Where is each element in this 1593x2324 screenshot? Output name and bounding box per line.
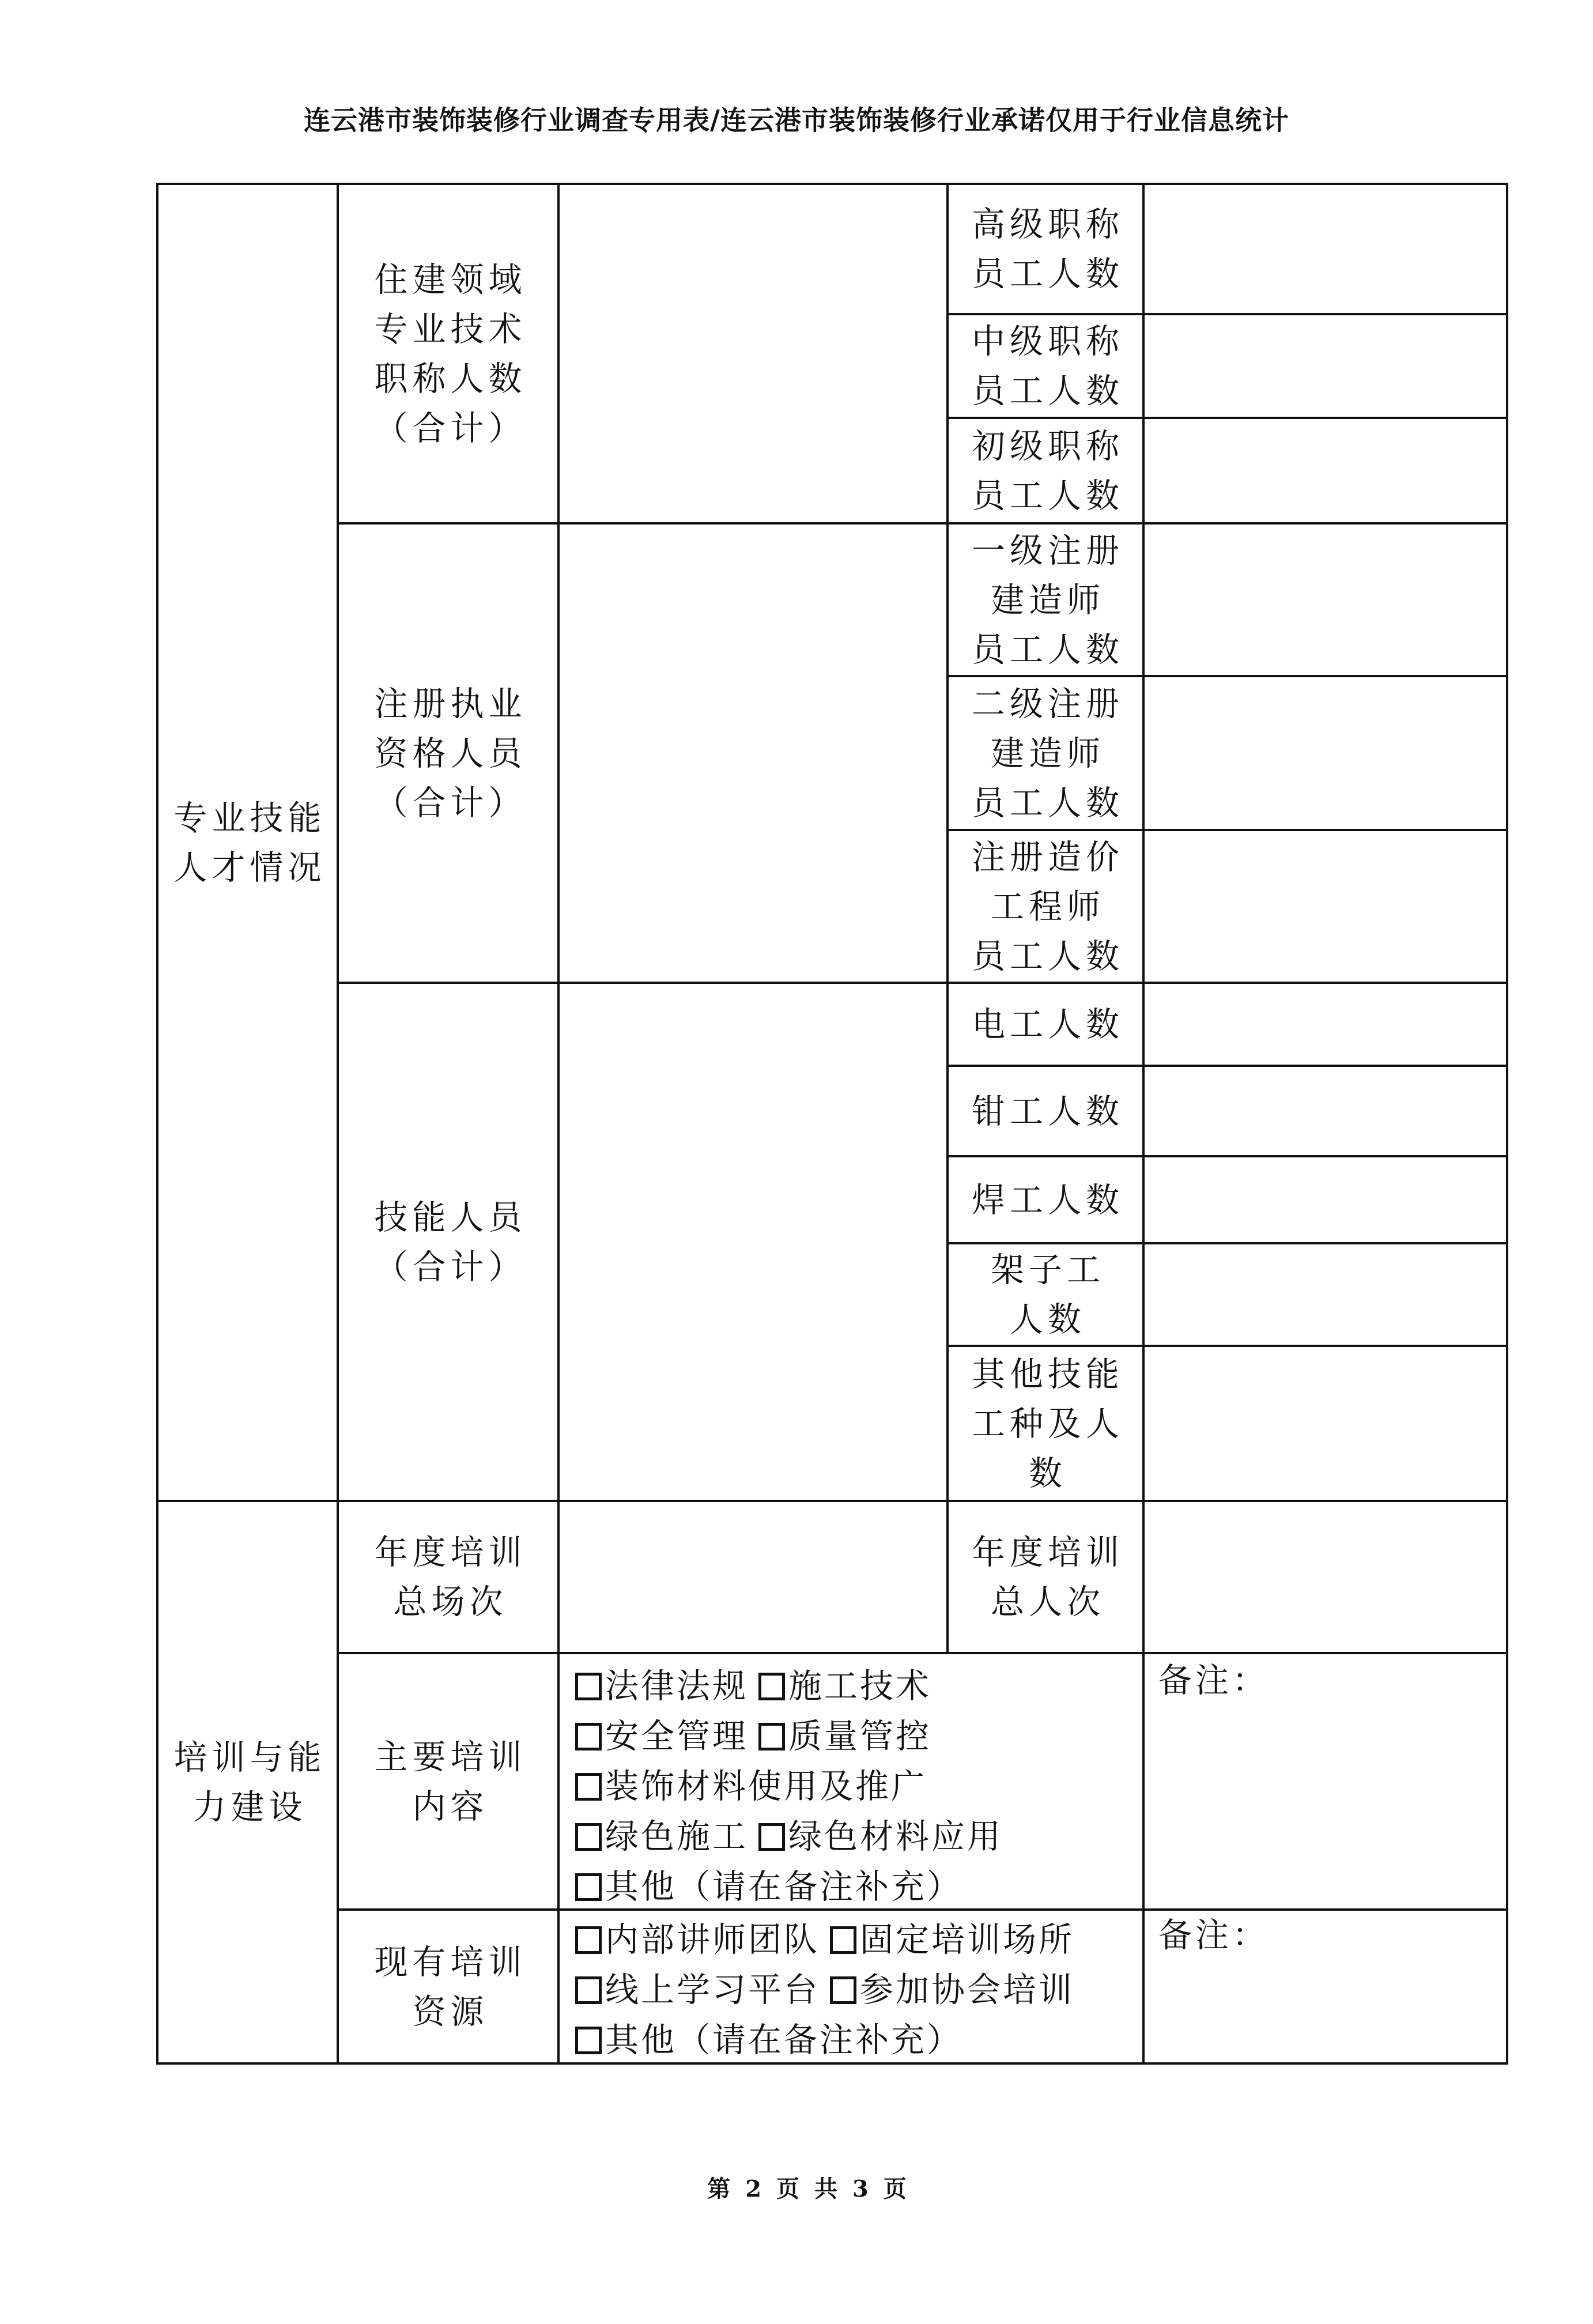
checkbox-materials[interactable]: 装饰材料使用及推广 [575,1761,927,1812]
checkbox-safety[interactable]: 安全管理 [575,1711,748,1761]
item-value-senior-title[interactable] [1142,183,1508,315]
item-value-class2-constructor[interactable] [1142,675,1508,831]
checkbox-icon[interactable] [758,1823,785,1851]
checkbox-icon[interactable] [575,2027,602,2054]
checkbox-icon[interactable] [575,1976,602,2004]
checkbox-icon[interactable] [575,1723,602,1750]
checkbox-resources-other[interactable]: 其他（请在备注补充） [575,2015,962,2065]
item-value-scaffolder[interactable] [1142,1242,1508,1347]
item-value-cost-engineer[interactable] [1142,829,1508,984]
checkbox-construction-tech[interactable]: 施工技术 [758,1661,931,1711]
checkbox-icon[interactable] [575,1823,602,1851]
checkbox-icon[interactable] [758,1673,785,1700]
group-value-skilled-total[interactable] [557,982,949,1502]
checkbox-icon[interactable] [830,1926,856,1954]
checkbox-icon[interactable] [830,1976,856,2004]
item-value-welder[interactable] [1142,1155,1508,1244]
group-label-skilled: 技能人员 （合计） [337,982,560,1502]
item-value-junior-title[interactable] [1142,417,1508,525]
item-label-class1-constructor: 一级注册 建造师 员工人数 [946,522,1145,677]
label-annual-attendees: 年度培训 总人次 [946,1500,1145,1654]
checkbox-icon[interactable] [575,1673,602,1700]
value-annual-attendees[interactable] [1142,1500,1508,1654]
item-label-welder: 焊工人数 [946,1155,1145,1244]
resources-note-label: 备注： [1158,1915,1269,1955]
item-value-electrician[interactable] [1142,982,1508,1067]
item-value-other-trades[interactable] [1142,1345,1508,1502]
checkbox-icon[interactable] [758,1723,785,1750]
item-value-intermediate-title[interactable] [1142,313,1508,419]
label-annual-sessions: 年度培训 总场次 [337,1500,560,1654]
checkbox-green-materials[interactable]: 绿色材料应用 [758,1812,1003,1862]
section-label-training: 培训与能 力建设 [156,1500,339,2065]
item-label-cost-engineer: 注册造价 工程师 员工人数 [946,829,1145,984]
item-value-class1-constructor[interactable] [1142,522,1508,677]
checkbox-icon[interactable] [575,1873,602,1901]
page-title: 连云港市装饰装修行业调查专用表/连云港市装饰装修行业承诺仅用于行业信息统计 [0,103,1593,137]
label-main-content: 主要培训 内容 [337,1652,560,1911]
group-value-titles-total[interactable] [557,183,949,525]
item-label-senior-title: 高级职称 员工人数 [946,183,1145,315]
checkbox-law[interactable]: 法律法规 [575,1661,748,1711]
group-label-titles: 住建领域 专业技术 职称人数 （合计） [337,183,560,525]
label-resources: 现有培训 资源 [337,1908,560,2065]
section-label-talent: 专业技能 人才情况 [156,183,339,1502]
checkbox-green-construction[interactable]: 绿色施工 [575,1812,748,1862]
resources-options: 内部讲师团队固定培训场所 线上学习平台参加协会培训 其他（请在备注补充） [575,1915,1085,2065]
checkbox-online-platform[interactable]: 线上学习平台 [575,1965,820,2015]
group-value-registered-total[interactable] [557,522,949,984]
checkbox-other[interactable]: 其他（请在备注补充） [575,1862,962,1912]
item-label-intermediate-title: 中级职称 员工人数 [946,313,1145,419]
item-label-class2-constructor: 二级注册 建造师 员工人数 [946,675,1145,831]
checkbox-association-training[interactable]: 参加协会培训 [830,1965,1074,2015]
checkbox-icon[interactable] [575,1926,602,1954]
main-content-options: 法律法规施工技术 安全管理质量管控 装饰材料使用及推广 绿色施工绿色材料应用 其… [575,1661,1013,1912]
page-number: 第 2 页 共 3 页 [0,2174,1593,2204]
checkbox-quality[interactable]: 质量管控 [758,1711,931,1761]
item-label-other-trades: 其他技能 工种及人 数 [946,1345,1145,1502]
item-label-scaffolder: 架子工 人数 [946,1242,1145,1347]
item-label-junior-title: 初级职称 员工人数 [946,417,1145,525]
item-label-fitter: 钳工人数 [946,1065,1145,1157]
checkbox-fixed-venue[interactable]: 固定培训场所 [830,1915,1074,1965]
item-label-electrician: 电工人数 [946,982,1145,1067]
item-value-fitter[interactable] [1142,1065,1508,1157]
value-annual-sessions[interactable] [557,1500,949,1654]
main-content-note-label: 备注： [1158,1660,1269,1700]
checkbox-internal-lecturers[interactable]: 内部讲师团队 [575,1915,820,1965]
group-label-registered: 注册执业 资格人员 （合计） [337,522,560,984]
checkbox-icon[interactable] [575,1773,602,1801]
